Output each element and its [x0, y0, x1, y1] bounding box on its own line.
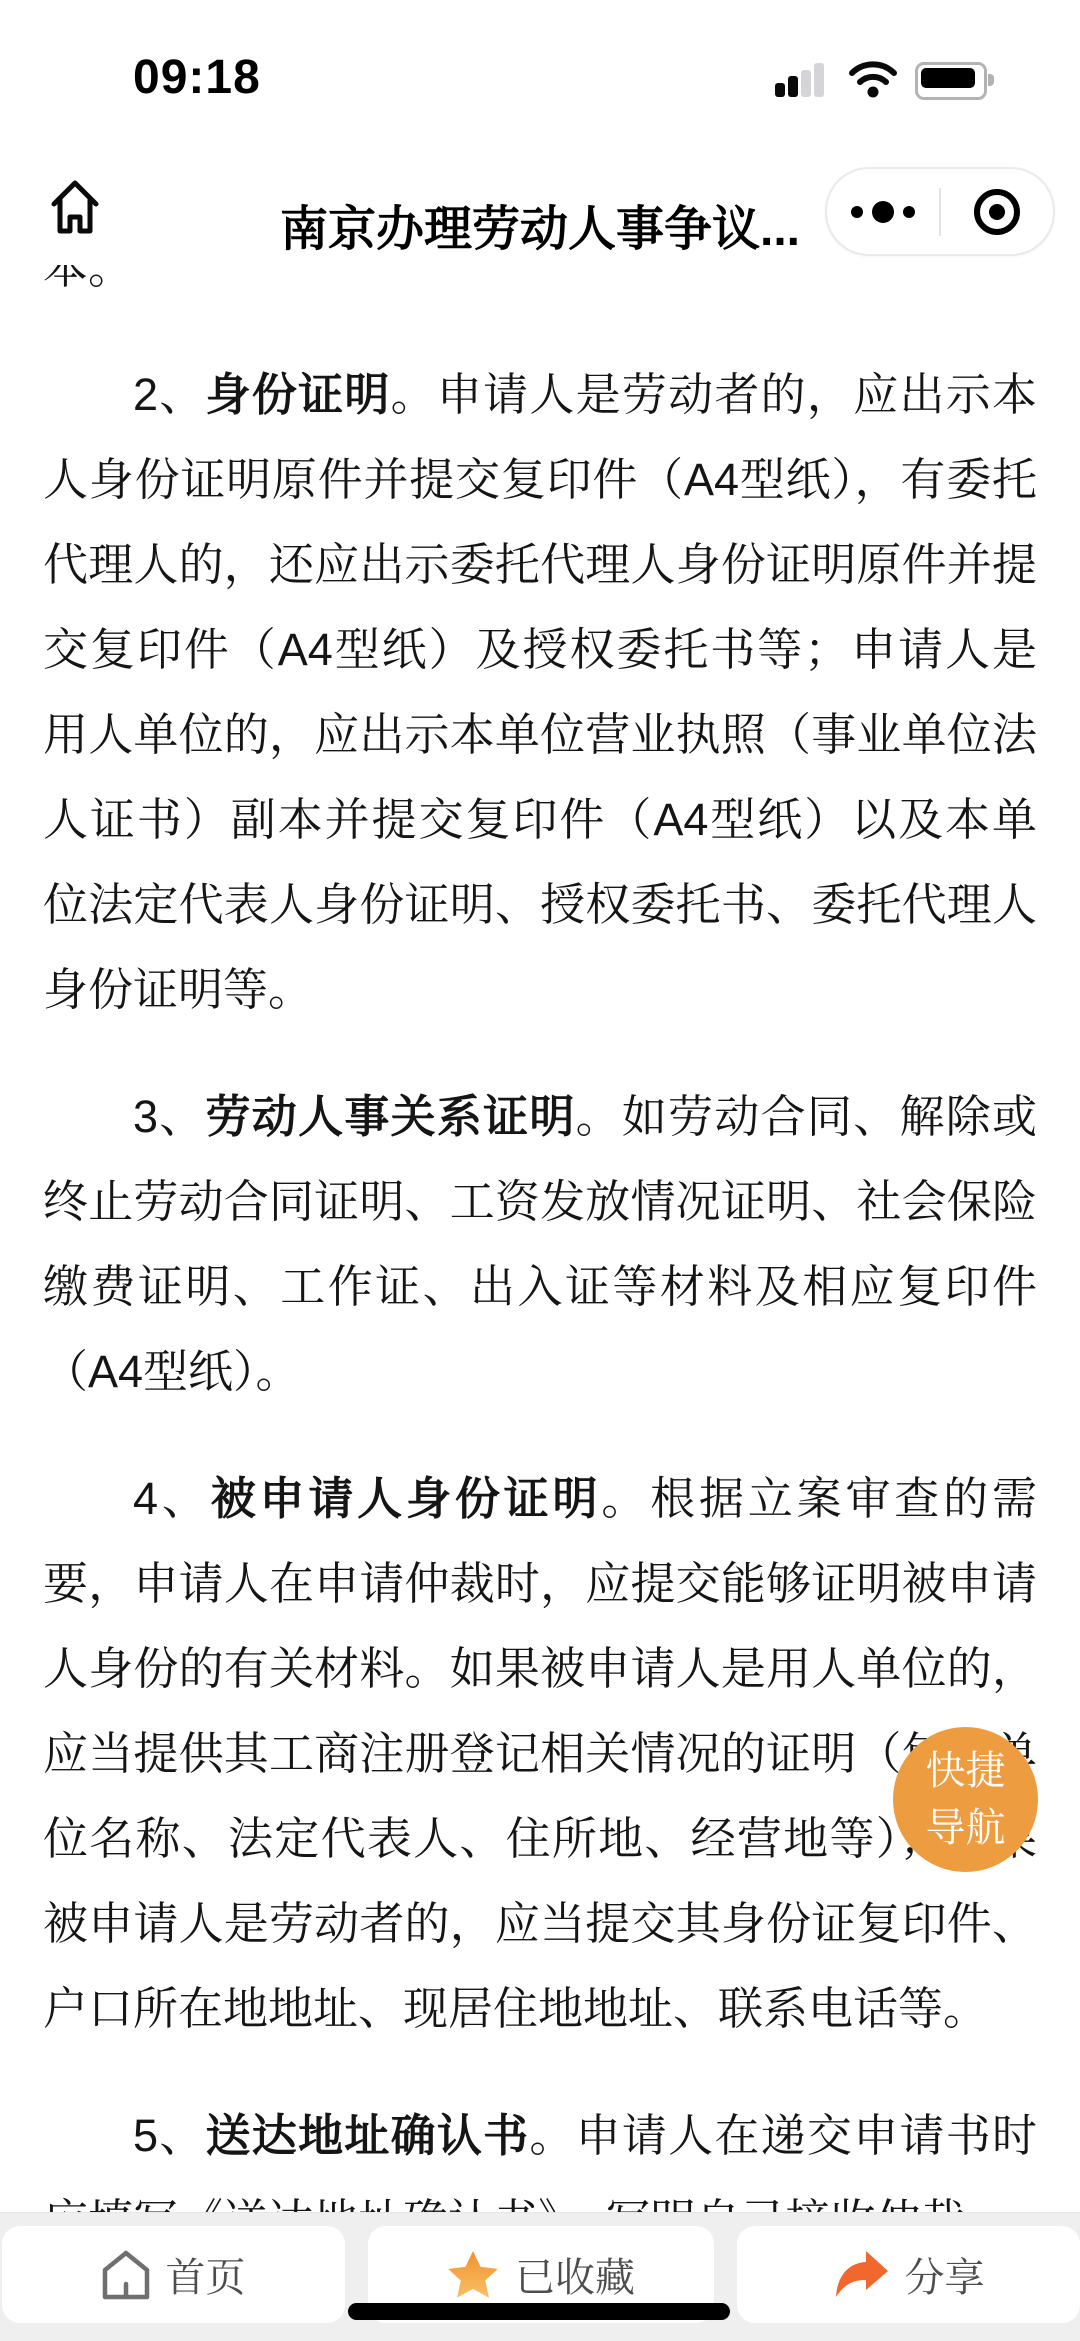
target-circle-icon [974, 189, 1020, 235]
mini-program-capsule [825, 167, 1055, 256]
more-dots-icon [851, 206, 863, 218]
paragraph: 2、身份证明。申请人是劳动者的，应出示本人身份证明原件并提交复印件（A4型纸），… [43, 352, 1037, 1032]
paragraph-text: 3、 [133, 1091, 206, 1142]
share-arrow-icon [833, 2249, 889, 2301]
star-icon [447, 2250, 499, 2300]
tab-home[interactable]: 首页 [2, 2226, 345, 2323]
tab-home-label: 首页 [166, 2246, 246, 2303]
tab-share-label: 分享 [905, 2246, 985, 2303]
paragraph-heading: 送达地址确认书 [206, 2110, 530, 2161]
cellular-signal-icon [775, 63, 833, 97]
home-indicator[interactable] [348, 2303, 730, 2320]
paragraph-text: 5、 [133, 2110, 206, 2161]
paragraph-text: 。根据立案审查的需要，申请人在申请仲裁时，应提交能够证明被申请人身份的有关材料。… [43, 1473, 1037, 2034]
paragraph-text: 4、 [133, 1473, 211, 1524]
mini-program-screen: 本。2、身份证明。申请人是劳动者的，应出示本人身份证明原件并提交复印件（A4型纸… [0, 0, 1080, 2341]
paragraph: 4、被申请人身份证明。根据立案审查的需要，申请人在申请仲裁时，应提交能够证明被申… [43, 1456, 1037, 2051]
paragraph-heading: 被申请人身份证明 [211, 1473, 602, 1524]
paragraph-heading: 劳动人事关系证明 [206, 1091, 576, 1142]
article-body: 本。2、身份证明。申请人是劳动者的，应出示本人身份证明原件并提交复印件（A4型纸… [43, 225, 1037, 2263]
paragraph-text: 2、 [133, 369, 206, 420]
status-time: 09:18 [133, 50, 261, 105]
paragraph-text: 。申请人是劳动者的，应出示本人身份证明原件并提交复印件（A4型纸），有委托代理人… [43, 369, 1037, 1015]
more-dots-icon [903, 206, 915, 218]
quick-nav-label-line2: 导航 [926, 1800, 1006, 1857]
tab-favorited-label: 已收藏 [515, 2246, 635, 2303]
quick-nav-label-line1: 快捷 [926, 1743, 1006, 1800]
paragraph-heading: 身份证明 [206, 369, 391, 420]
bottom-tab-bar: 首页 已收藏 分享 [0, 2212, 1080, 2341]
more-options-button[interactable] [827, 169, 939, 254]
paragraph: 3、劳动人事关系证明。如劳动合同、解除或终止劳动合同证明、工资发放情况证明、社会… [43, 1074, 1037, 1414]
battery-icon [915, 62, 987, 100]
header: 09:18 南京办理劳动人事争议... [0, 0, 1080, 265]
home-outline-icon [102, 2249, 150, 2301]
tab-share[interactable]: 分享 [737, 2226, 1080, 2323]
exit-button[interactable] [941, 169, 1053, 254]
quick-nav-fab[interactable]: 快捷 导航 [893, 1727, 1038, 1872]
wifi-icon [848, 60, 898, 98]
more-dots-icon [872, 201, 894, 223]
